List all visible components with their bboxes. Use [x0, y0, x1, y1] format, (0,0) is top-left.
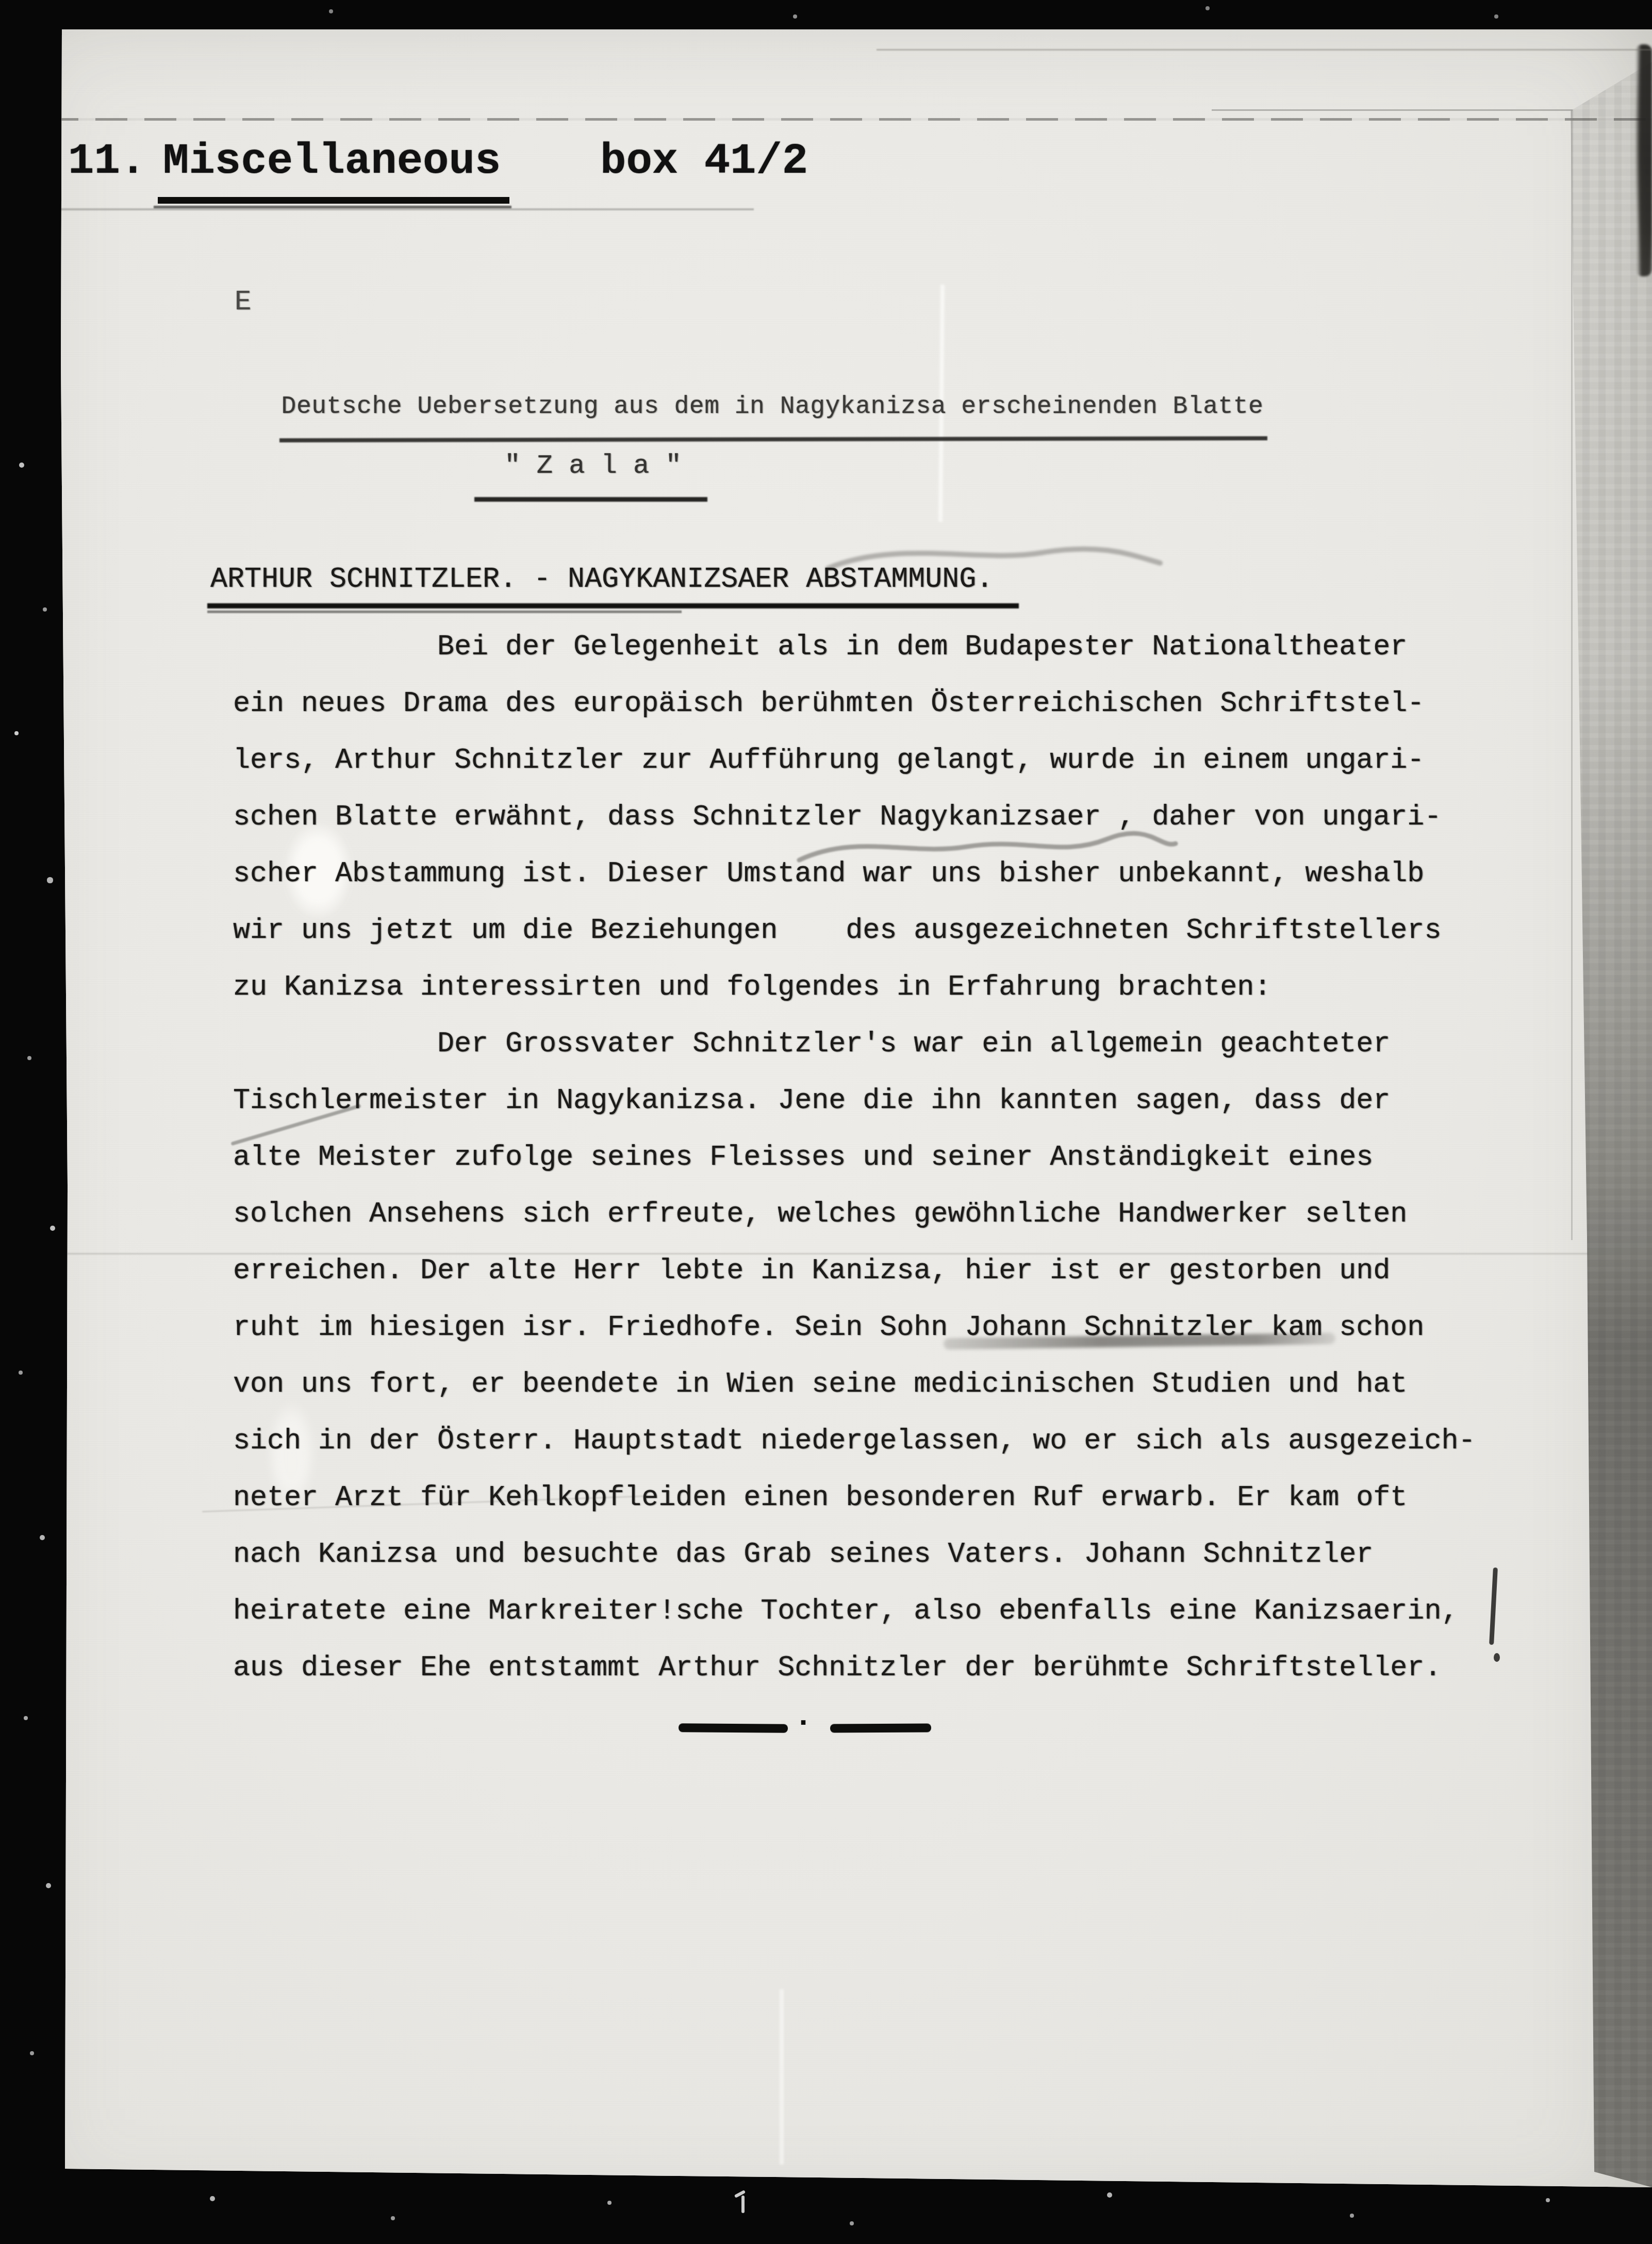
title-line2-underline: [474, 497, 707, 502]
body-line: Tischlermeister in Nagykanizsa. Jene die…: [233, 1072, 1475, 1129]
body-line: Der Grossvater Schnitzler's war ein allg…: [233, 1016, 1475, 1072]
article-heading-underline: [207, 603, 1019, 608]
crease-line-under-header: [22, 208, 754, 210]
film-dust-specks: [0, 0, 2, 2]
article-heading: ARTHUR SCHNITZLER. - NAGYKANIZSAER ABSTA…: [210, 563, 993, 596]
body-line: schen Blatte erwähnt, dass Schnitzler Na…: [233, 789, 1475, 846]
catalog-category-underline: [158, 197, 509, 204]
end-separator-left-dash: [679, 1723, 788, 1732]
stamp-letter: E: [235, 287, 251, 318]
film-edge-blotch: [1636, 44, 1652, 276]
inner-sheet-right-edge: [1571, 111, 1573, 1240]
film-scratch-mark: [741, 2196, 745, 2213]
article-heading-underline-smear: [207, 610, 682, 613]
body-line: alte Meister zufolge seines Fleisses und…: [233, 1129, 1475, 1186]
photostat-page: 11. Miscellaneous box 41/2 E Deutsche Ue…: [0, 0, 1652, 2244]
archive-scan-frame: 11. Miscellaneous box 41/2 E Deutsche Ue…: [0, 0, 1652, 2244]
article-body: Bei der Gelegenheit als in dem Budapeste…: [233, 619, 1475, 1696]
crease-line-top: [46, 118, 1652, 121]
catalog-number: 11.: [68, 137, 146, 186]
white-scratch: [780, 1989, 784, 2165]
document-title-line1: Deutsche Uebersetzung aus dem in Nagykan…: [0, 393, 1545, 421]
catalog-category: Miscellaneous: [163, 137, 501, 186]
body-line: wir uns jetzt um die Beziehungen des aus…: [233, 902, 1475, 959]
body-line: sich in der Österr. Hauptstadt niedergel…: [233, 1413, 1475, 1470]
body-line: ruht im hiesigen isr. Friedhofe. Sein So…: [233, 1299, 1475, 1356]
body-line: zu Kanizsa interessirten und folgendes i…: [233, 959, 1475, 1016]
end-separator: .: [679, 1721, 931, 1735]
crease-line-upper-right: [877, 49, 1652, 51]
body-line: neter Arzt für Kehlkopfleiden einen beso…: [233, 1470, 1475, 1526]
body-line: heiratete eine Markreiter!sche Tochter, …: [233, 1583, 1475, 1640]
pencil-exclamation-dot: [1494, 1653, 1500, 1662]
body-line: nach Kanizsa und besuchte das Grab seine…: [233, 1526, 1475, 1583]
body-line: von uns fort, er beendete in Wien seine …: [233, 1356, 1475, 1413]
catalog-box-label: box 41/2: [600, 137, 808, 186]
body-line: lers, Arthur Schnitzler zur Aufführung g…: [233, 732, 1475, 789]
body-line: erreichen. Der alte Herr lebte in Kanizs…: [233, 1243, 1475, 1299]
catalog-category-underline-smear: [154, 206, 511, 208]
inner-sheet-top-edge: [1212, 109, 1573, 111]
body-line: aus dieser Ehe entstammt Arthur Schnitzl…: [233, 1640, 1475, 1696]
body-line: solchen Ansehens sich erfreute, welches …: [233, 1186, 1475, 1243]
body-line: scher Abstammung ist. Dieser Umstand war…: [233, 846, 1475, 902]
body-line: ein neues Drama des europäisch berühmten…: [233, 675, 1475, 732]
body-line: Bei der Gelegenheit als in dem Budapeste…: [233, 619, 1475, 675]
end-separator-dot: .: [794, 1699, 813, 1735]
end-separator-right-dash: [830, 1723, 931, 1732]
document-title-line2: " Z a l a ": [0, 451, 1186, 481]
